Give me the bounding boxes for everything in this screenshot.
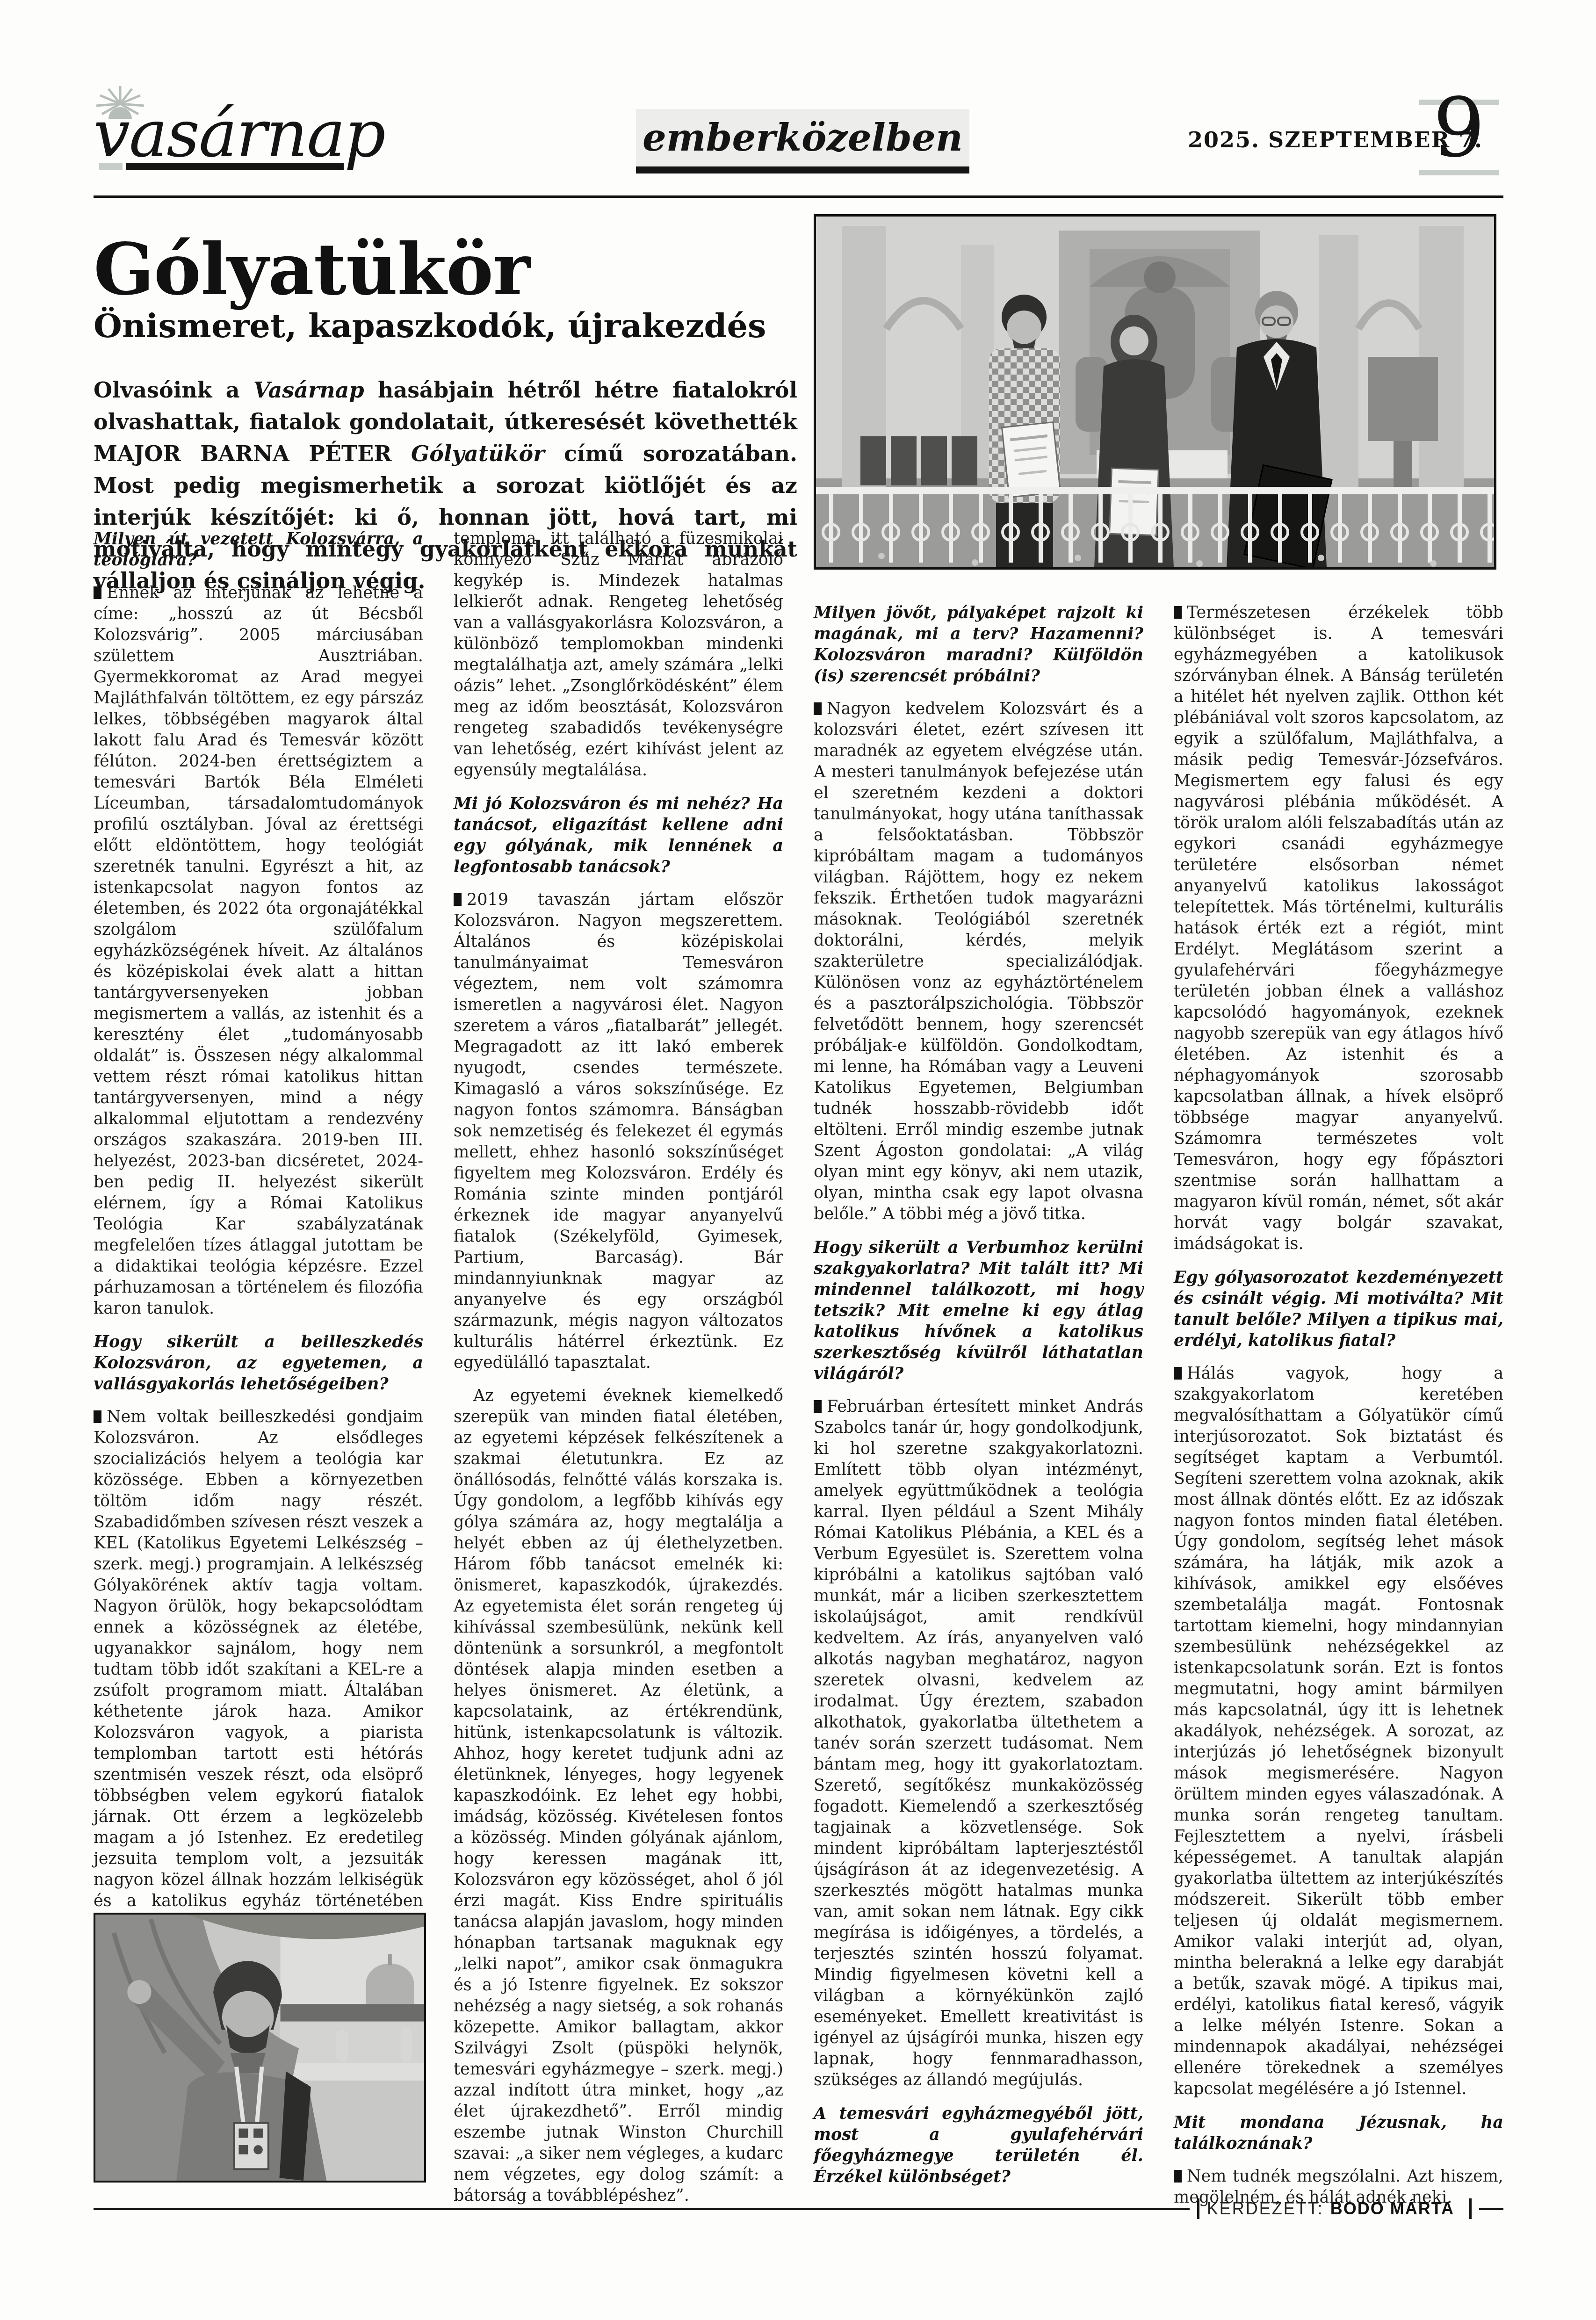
interview-answer: temploma, itt található a füzesmikolai k… <box>454 528 783 781</box>
church-photo <box>814 214 1496 570</box>
interview-question: Egy gólyasorozatot kezdeményezett és csi… <box>1174 1267 1503 1351</box>
byline-rule-left <box>94 2208 1190 2210</box>
body-column-4: Természetesen érzékelek több különbséget… <box>1174 602 1503 2220</box>
section-banner: emberközelben <box>636 109 969 173</box>
newspaper-page: vasárnap emberközelben 2025. SZEPTEMBER … <box>0 0 1596 2320</box>
page-number-block: 9 <box>1419 100 1499 177</box>
lead-italic-segment: Vasárnap <box>253 377 364 403</box>
interview-answer: Nem voltak beilleszkedési gondjaim Koloz… <box>94 1407 423 1954</box>
interview-answer: Ennek az interjúnak az lehetne a címe: „… <box>94 583 423 1319</box>
masthead-underline <box>126 163 344 170</box>
article-title: Gólyatükör <box>94 234 530 305</box>
interview-question: Mi jó Kolozsváron és mi nehéz? Ha tanács… <box>454 793 783 877</box>
header-rule <box>94 195 1503 198</box>
interview-question: Milyen út vezetett Kolozsvárra, a teológ… <box>94 528 423 571</box>
body-column-3: Milyen jövőt, pályaképet rajzolt ki magá… <box>814 602 1143 2199</box>
interview-question: A temesvári egyházmegyéből jött, most a … <box>814 2103 1143 2187</box>
masthead: vasárnap <box>94 89 383 178</box>
page-number: 9 <box>1419 87 1499 169</box>
section-title: emberközelben <box>636 116 969 159</box>
interview-answer: Nagyon kedvelem Kolozsvárt és a kolozsvá… <box>814 699 1143 1225</box>
interview-answer: 2019 tavaszán jártam először Kolozsváron… <box>454 889 783 1373</box>
author-photo-art <box>95 1915 424 2181</box>
masthead-title: vasárnap <box>94 102 385 166</box>
dateline: 2025. SZEPTEMBER 7. <box>1188 127 1394 152</box>
page-number-rule-bottom <box>1419 170 1499 175</box>
section-underline <box>636 166 969 173</box>
interview-question: Milyen jövőt, pályaképet rajzolt ki magá… <box>814 602 1143 687</box>
lead-segment: Olvasóink a <box>94 377 253 403</box>
interview-answer: Hálás vagyok, hogy a szakgyakorlatom ker… <box>1174 1363 1503 2100</box>
interview-question: Hogy sikerült a beilleszkedés Kolozsváro… <box>94 1331 423 1395</box>
interview-answer: Természetesen érzékelek több különbséget… <box>1174 602 1503 1255</box>
author-photo <box>94 1913 426 2183</box>
byline-rule-right <box>1479 2208 1503 2210</box>
byline-name: BODÓ MÁRTA <box>1330 2199 1454 2219</box>
byline-tick-left <box>1197 2198 1199 2219</box>
byline-prefix: KÉRDEZETT: <box>1207 2199 1324 2219</box>
interview-answer: Az egyetemi éveknek kiemelkedő szerepük … <box>454 1386 783 2206</box>
body-column-2: temploma, itt található a füzesmikolai k… <box>454 528 783 2219</box>
lead-italic-segment: Gólyatükör <box>411 441 544 466</box>
church-photo-art <box>816 217 1494 567</box>
interview-question: Hogy sikerült a Verbumhoz kerülni szakgy… <box>814 1237 1143 1384</box>
interview-answer: Februárban értesített minket András Szab… <box>814 1396 1143 2091</box>
byline: KÉRDEZETT: BODÓ MÁRTA <box>94 2197 1503 2220</box>
interview-question: Mit mondana Jézusnak, ha találkoznának? <box>1174 2112 1503 2154</box>
byline-tick-right <box>1469 2198 1472 2219</box>
body-column-1: Milyen út vezetett Kolozsvárra, a teológ… <box>94 528 423 1966</box>
article-subtitle: Önismeret, kapaszkodók, újrakezdés <box>94 309 766 343</box>
masthead-underline-gray <box>99 163 123 170</box>
